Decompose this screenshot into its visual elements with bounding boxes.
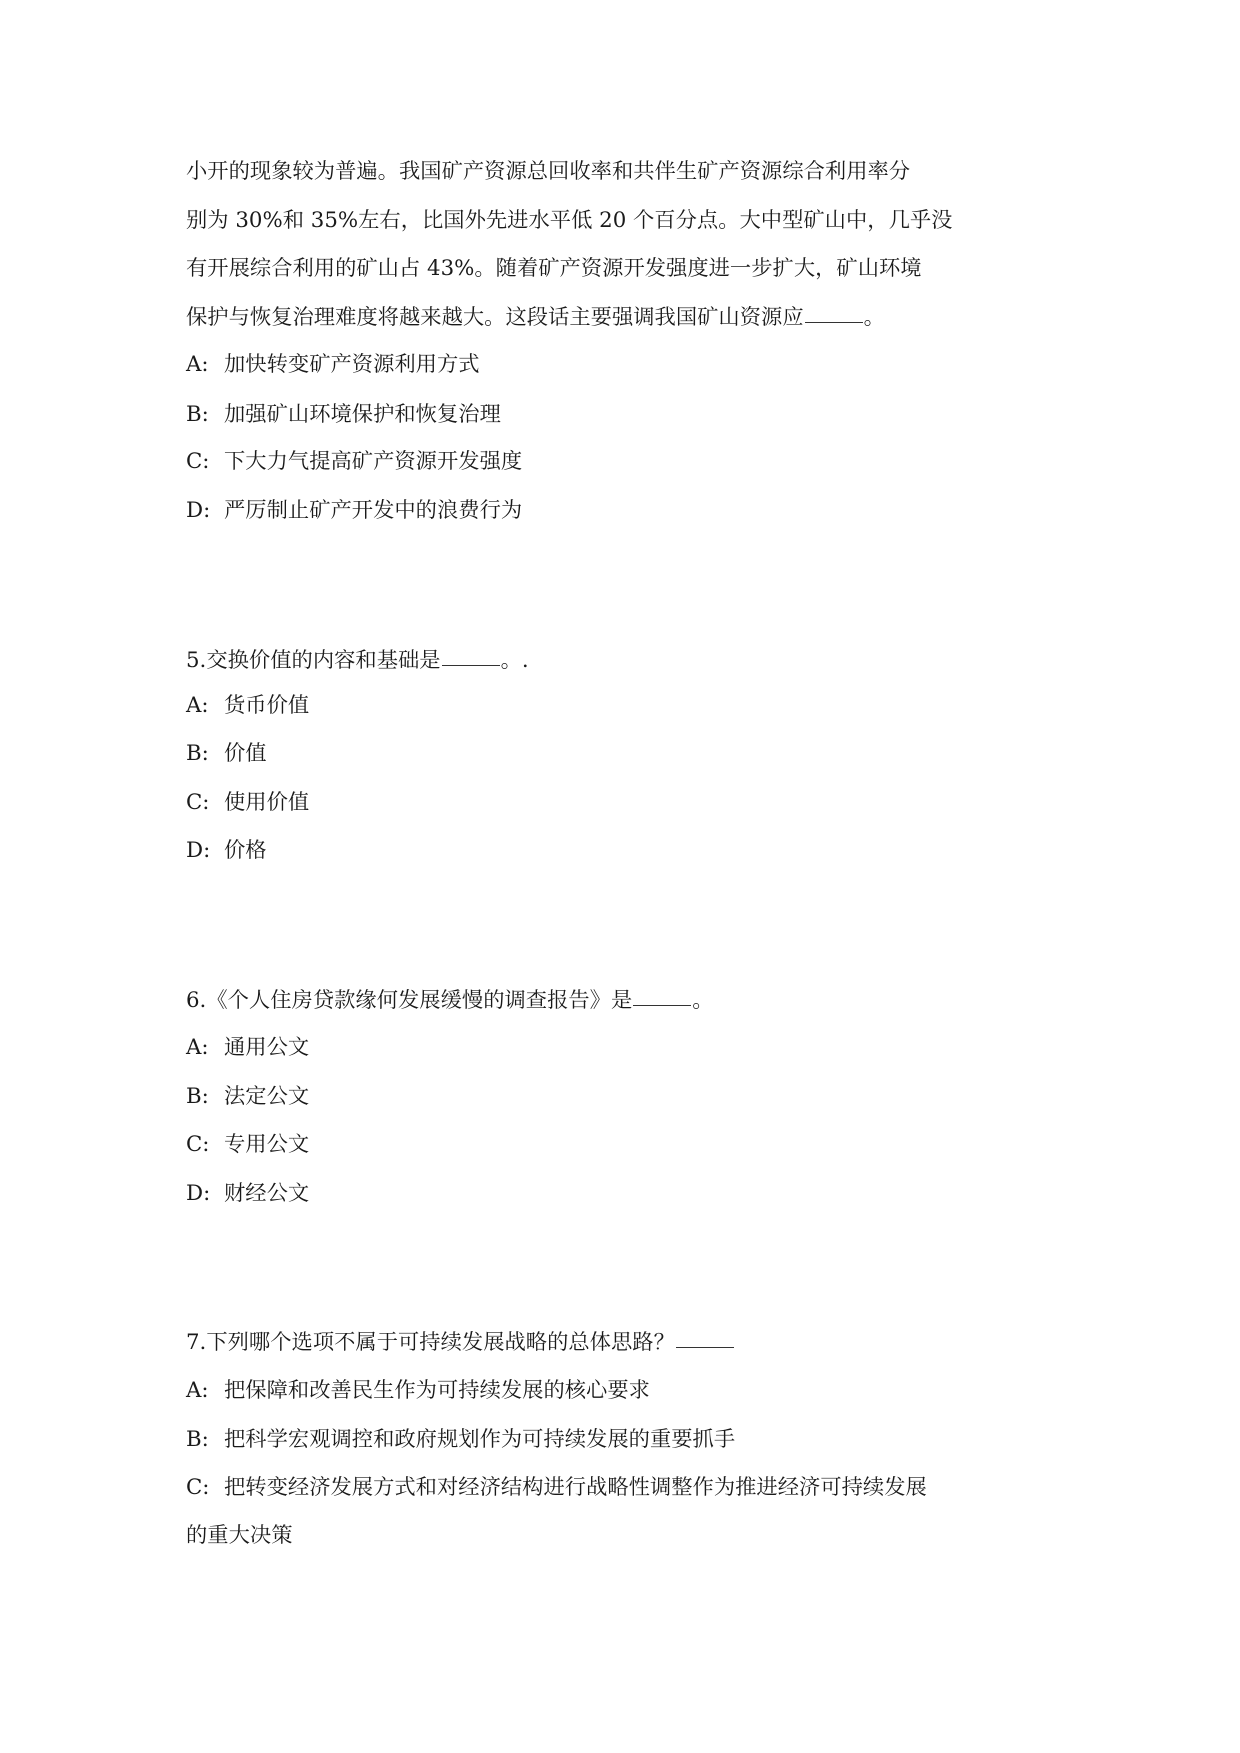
option-c: C:使用价值 bbox=[186, 779, 1056, 827]
question-stem-tail: 。 bbox=[692, 988, 713, 1013]
question-stem-line: 有开展综合利用的矿山占 43%。随着矿产资源开发强度进一步扩大，矿山环境 bbox=[186, 245, 1056, 293]
option-label: A: bbox=[186, 1367, 224, 1415]
option-label: C: bbox=[186, 1121, 224, 1169]
option-label: A: bbox=[186, 341, 224, 389]
option-c-continuation: 的重大决策 bbox=[186, 1512, 1056, 1560]
option-label: B: bbox=[186, 1073, 224, 1121]
option-label: D: bbox=[186, 1170, 224, 1218]
option-label: A: bbox=[186, 682, 224, 730]
option-label: C: bbox=[186, 438, 224, 486]
option-c: C:专用公文 bbox=[186, 1121, 1056, 1169]
option-text: 把保障和改善民生作为可持续发展的核心要求 bbox=[224, 1378, 650, 1403]
option-text: 把科学宏观调控和政府规划作为可持续发展的重要抓手 bbox=[224, 1427, 735, 1452]
question-stem-text: 交换价值的内容和基础是 bbox=[206, 648, 440, 673]
question-stem-line: 保护与恢复治理难度将越来越大。这段话主要强调我国矿山资源应。 bbox=[186, 294, 1056, 342]
option-a: A:通用公文 bbox=[186, 1024, 1056, 1072]
option-text: 把转变经济发展方式和对经济结构进行战略性调整作为推进经济可持续发展 bbox=[224, 1475, 927, 1500]
answer-blank bbox=[805, 321, 863, 323]
option-d: D:财经公文 bbox=[186, 1170, 1056, 1218]
option-b: B:把科学宏观调控和政府规划作为可持续发展的重要抓手 bbox=[186, 1416, 1056, 1464]
question-stem-text: 下列哪个选项不属于可持续发展战略的总体思路？ bbox=[206, 1330, 675, 1355]
question-stem-line: 别为 30%和 35%左右，比国外先进水平低 20 个百分点。大中型矿山中，几乎… bbox=[186, 197, 1056, 245]
option-label: B: bbox=[186, 1416, 224, 1464]
option-a: A:把保障和改善民生作为可持续发展的核心要求 bbox=[186, 1367, 1056, 1415]
question-stem: 7.下列哪个选项不属于可持续发展战略的总体思路？ bbox=[186, 1319, 1056, 1367]
question-stem-text: 保护与恢复治理难度将越来越大。这段话主要强调我国矿山资源应 bbox=[186, 305, 804, 330]
option-text: 下大力气提高矿产资源开发强度 bbox=[224, 449, 522, 474]
option-text: 货币价值 bbox=[224, 693, 309, 718]
question-stem: 6.《个人住房贷款缘何发展缓慢的调查报告》是。 bbox=[186, 977, 1056, 1025]
question-stem: 5.交换价值的内容和基础是。. bbox=[186, 637, 1056, 685]
option-text: 通用公文 bbox=[224, 1035, 309, 1060]
option-d: D:价格 bbox=[186, 827, 1056, 875]
option-a: A:货币价值 bbox=[186, 682, 1056, 730]
question-number: 7. bbox=[186, 1330, 206, 1355]
option-label: C: bbox=[186, 1464, 224, 1512]
answer-blank bbox=[442, 664, 500, 666]
option-label: D: bbox=[186, 487, 224, 535]
option-text: 加快转变矿产资源利用方式 bbox=[224, 352, 480, 377]
option-text: 价格 bbox=[224, 838, 267, 863]
option-text: 专用公文 bbox=[224, 1132, 309, 1157]
question-stem-line: 小开的现象较为普遍。我国矿产资源总回收率和共伴生矿产资源综合利用率分 bbox=[186, 148, 1056, 196]
question-stem-tail: 。. bbox=[501, 648, 529, 673]
option-b: B:价值 bbox=[186, 730, 1056, 778]
option-b: B:法定公文 bbox=[186, 1073, 1056, 1121]
option-label: B: bbox=[186, 730, 224, 778]
option-c: C:把转变经济发展方式和对经济结构进行战略性调整作为推进经济可持续发展 bbox=[186, 1464, 1056, 1512]
option-label: C: bbox=[186, 779, 224, 827]
option-label: A: bbox=[186, 1024, 224, 1072]
answer-blank bbox=[676, 1346, 734, 1348]
option-text: 使用价值 bbox=[224, 790, 309, 815]
option-text: 财经公文 bbox=[224, 1181, 309, 1206]
option-text: 价值 bbox=[224, 741, 267, 766]
option-c: C:下大力气提高矿产资源开发强度 bbox=[186, 438, 1056, 486]
option-d: D:严厉制止矿产开发中的浪费行为 bbox=[186, 487, 1056, 535]
question-stem-tail: 。 bbox=[864, 305, 885, 330]
answer-blank bbox=[633, 1004, 691, 1006]
option-label: B: bbox=[186, 391, 224, 439]
option-text: 严厉制止矿产开发中的浪费行为 bbox=[224, 498, 522, 523]
question-number: 5. bbox=[186, 648, 206, 673]
option-a: A:加快转变矿产资源利用方式 bbox=[186, 341, 1056, 389]
option-b: B:加强矿山环境保护和恢复治理 bbox=[186, 391, 1056, 439]
document-page: 小开的现象较为普遍。我国矿产资源总回收率和共伴生矿产资源综合利用率分 别为 30… bbox=[0, 0, 1240, 1753]
option-text: 法定公文 bbox=[224, 1084, 309, 1109]
question-number: 6. bbox=[186, 988, 206, 1013]
option-label: D: bbox=[186, 827, 224, 875]
question-stem-text: 《个人住房贷款缘何发展缓慢的调查报告》是 bbox=[206, 988, 632, 1013]
option-text: 加强矿山环境保护和恢复治理 bbox=[224, 402, 501, 427]
